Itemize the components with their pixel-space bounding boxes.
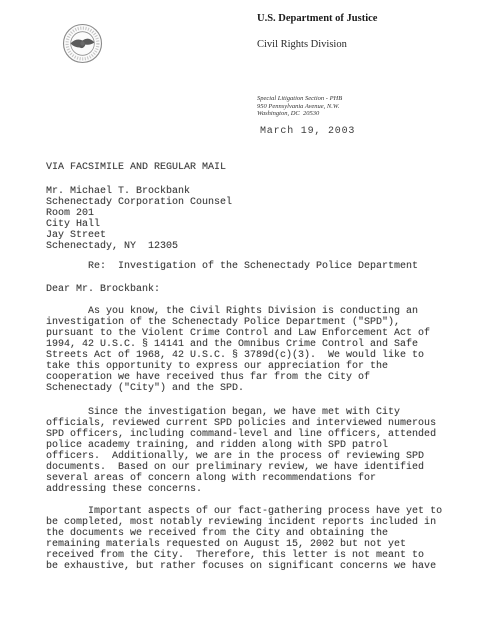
body-paragraph-3: Important aspects of our fact-gathering … (46, 506, 442, 572)
agency-title: U.S. Department of Justice (257, 13, 377, 24)
letter-page: U.S. Department of Justice Civil Rights … (0, 0, 494, 639)
re-subject-line: Re: Investigation of the Schenectady Pol… (88, 261, 418, 272)
body-paragraph-2: Since the investigation began, we have m… (46, 407, 436, 495)
salutation: Dear Mr. Brockbank: (46, 284, 160, 295)
body-paragraph-1: As you know, the Civil Rights Division i… (46, 306, 430, 394)
delivery-method-line: VIA FACSIMILE AND REGULAR MAIL (46, 162, 226, 173)
office-address-line-2: 950 Pennsylvania Avenue, N.W. (257, 103, 342, 111)
office-address-line-3: Washington, DC 20530 (257, 110, 342, 118)
recipient-address-block: Mr. Michael T. Brockbank Schenectady Cor… (46, 186, 232, 252)
office-address-block: Special Litigation Section - PHB 950 Pen… (257, 95, 342, 118)
doj-seal-icon (62, 23, 103, 64)
letter-date: March 19, 2003 (260, 126, 355, 137)
office-address-line-1: Special Litigation Section - PHB (257, 95, 342, 103)
division-title: Civil Rights Division (257, 39, 347, 50)
